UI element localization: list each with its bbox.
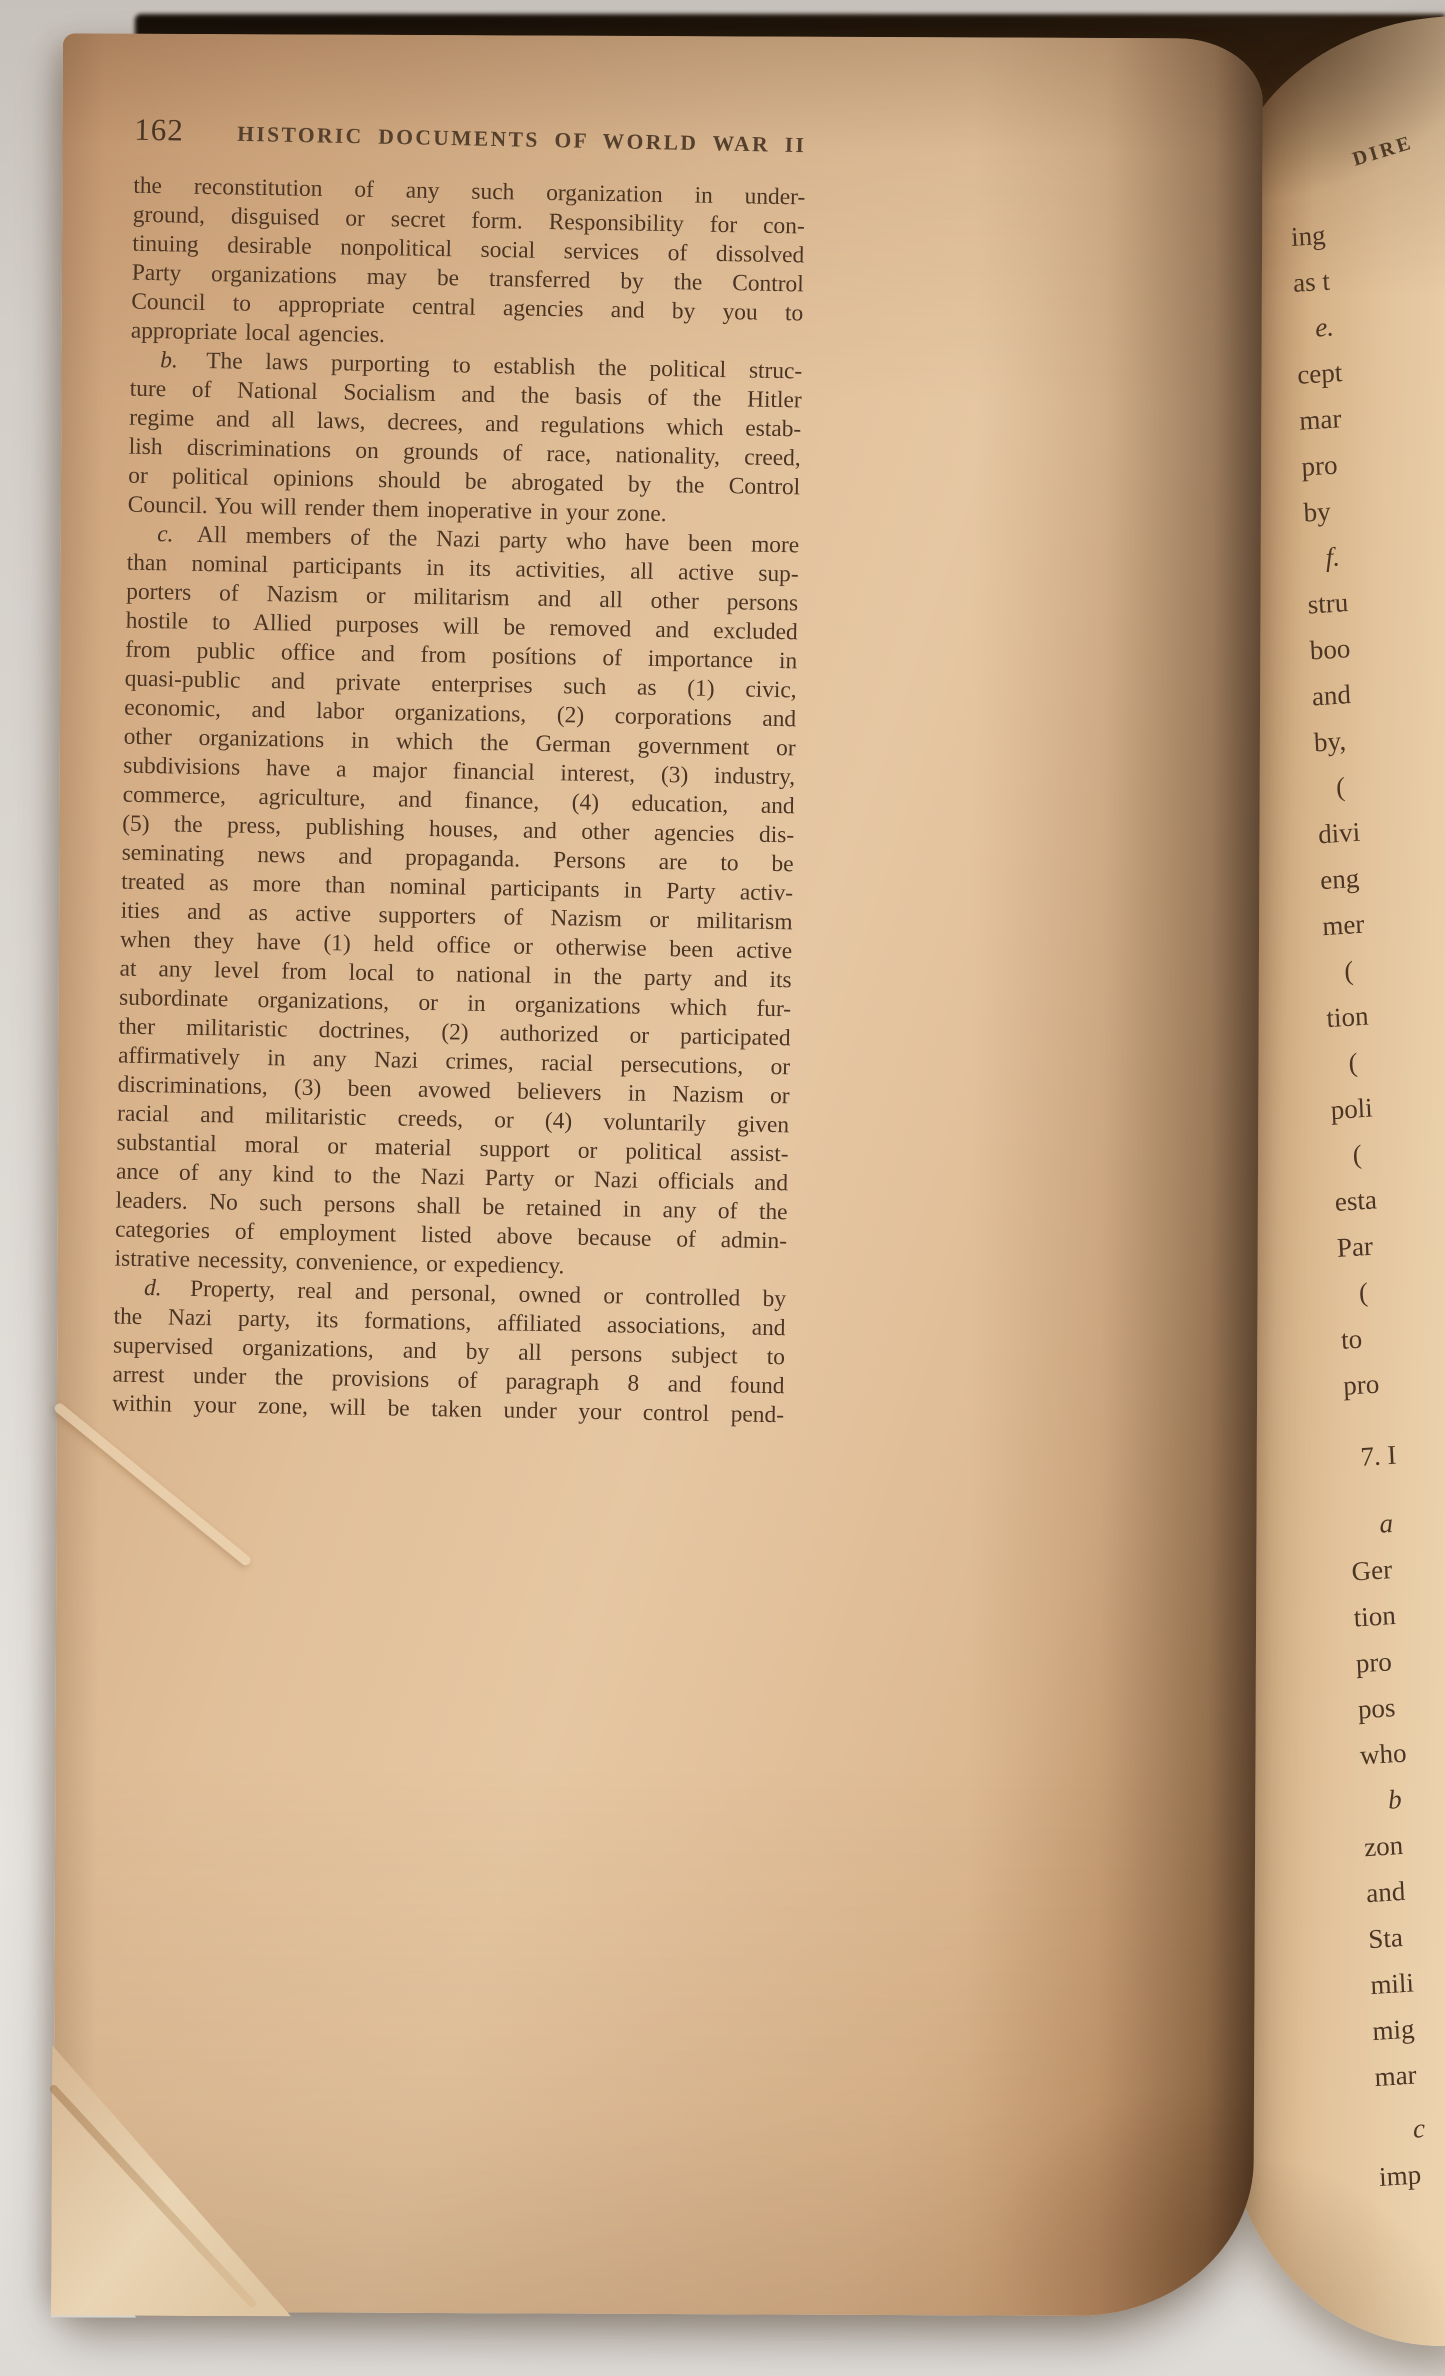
page-body: the reconstitution of any such organizat… (112, 172, 806, 1431)
page-number: 162 (134, 112, 184, 149)
right-page-text-fragments: ingas te.ceptmarprobyf.strubooandby,(div… (1290, 198, 1445, 2200)
right-page-text-fragment: a (1349, 1486, 1445, 1548)
right-page-text-fragment: c (1376, 2092, 1445, 2154)
paragraph-letter: b. (130, 347, 184, 374)
running-title: HISTORIC DOCUMENTS OF WORLD WAR II (237, 122, 807, 158)
page-fold-crease (53, 1401, 253, 1567)
page-corner-gap (51, 2187, 162, 2317)
paragraph-letter: d. (114, 1275, 168, 1302)
right-page-text-fragment: 7. I (1345, 1418, 1445, 1480)
right-page-text-fragment: ing (1290, 198, 1445, 260)
paragraph-letter: c. (127, 521, 180, 548)
left-page: 162 HISTORIC DOCUMENTS OF WORLD WAR II t… (53, 33, 1263, 2316)
book-photo: DIRE ingas te.ceptmarprobyf.strubooandby… (0, 0, 1445, 2376)
page-header: 162 HISTORIC DOCUMENTS OF WORLD WAR II (134, 112, 807, 160)
page-content: 162 HISTORIC DOCUMENTS OF WORLD WAR II t… (112, 112, 807, 1431)
page-dogear-fold (51, 2015, 292, 2316)
page-dogear-crease (48, 2083, 258, 2309)
right-running-title-fragment: DIRE (1350, 131, 1416, 171)
